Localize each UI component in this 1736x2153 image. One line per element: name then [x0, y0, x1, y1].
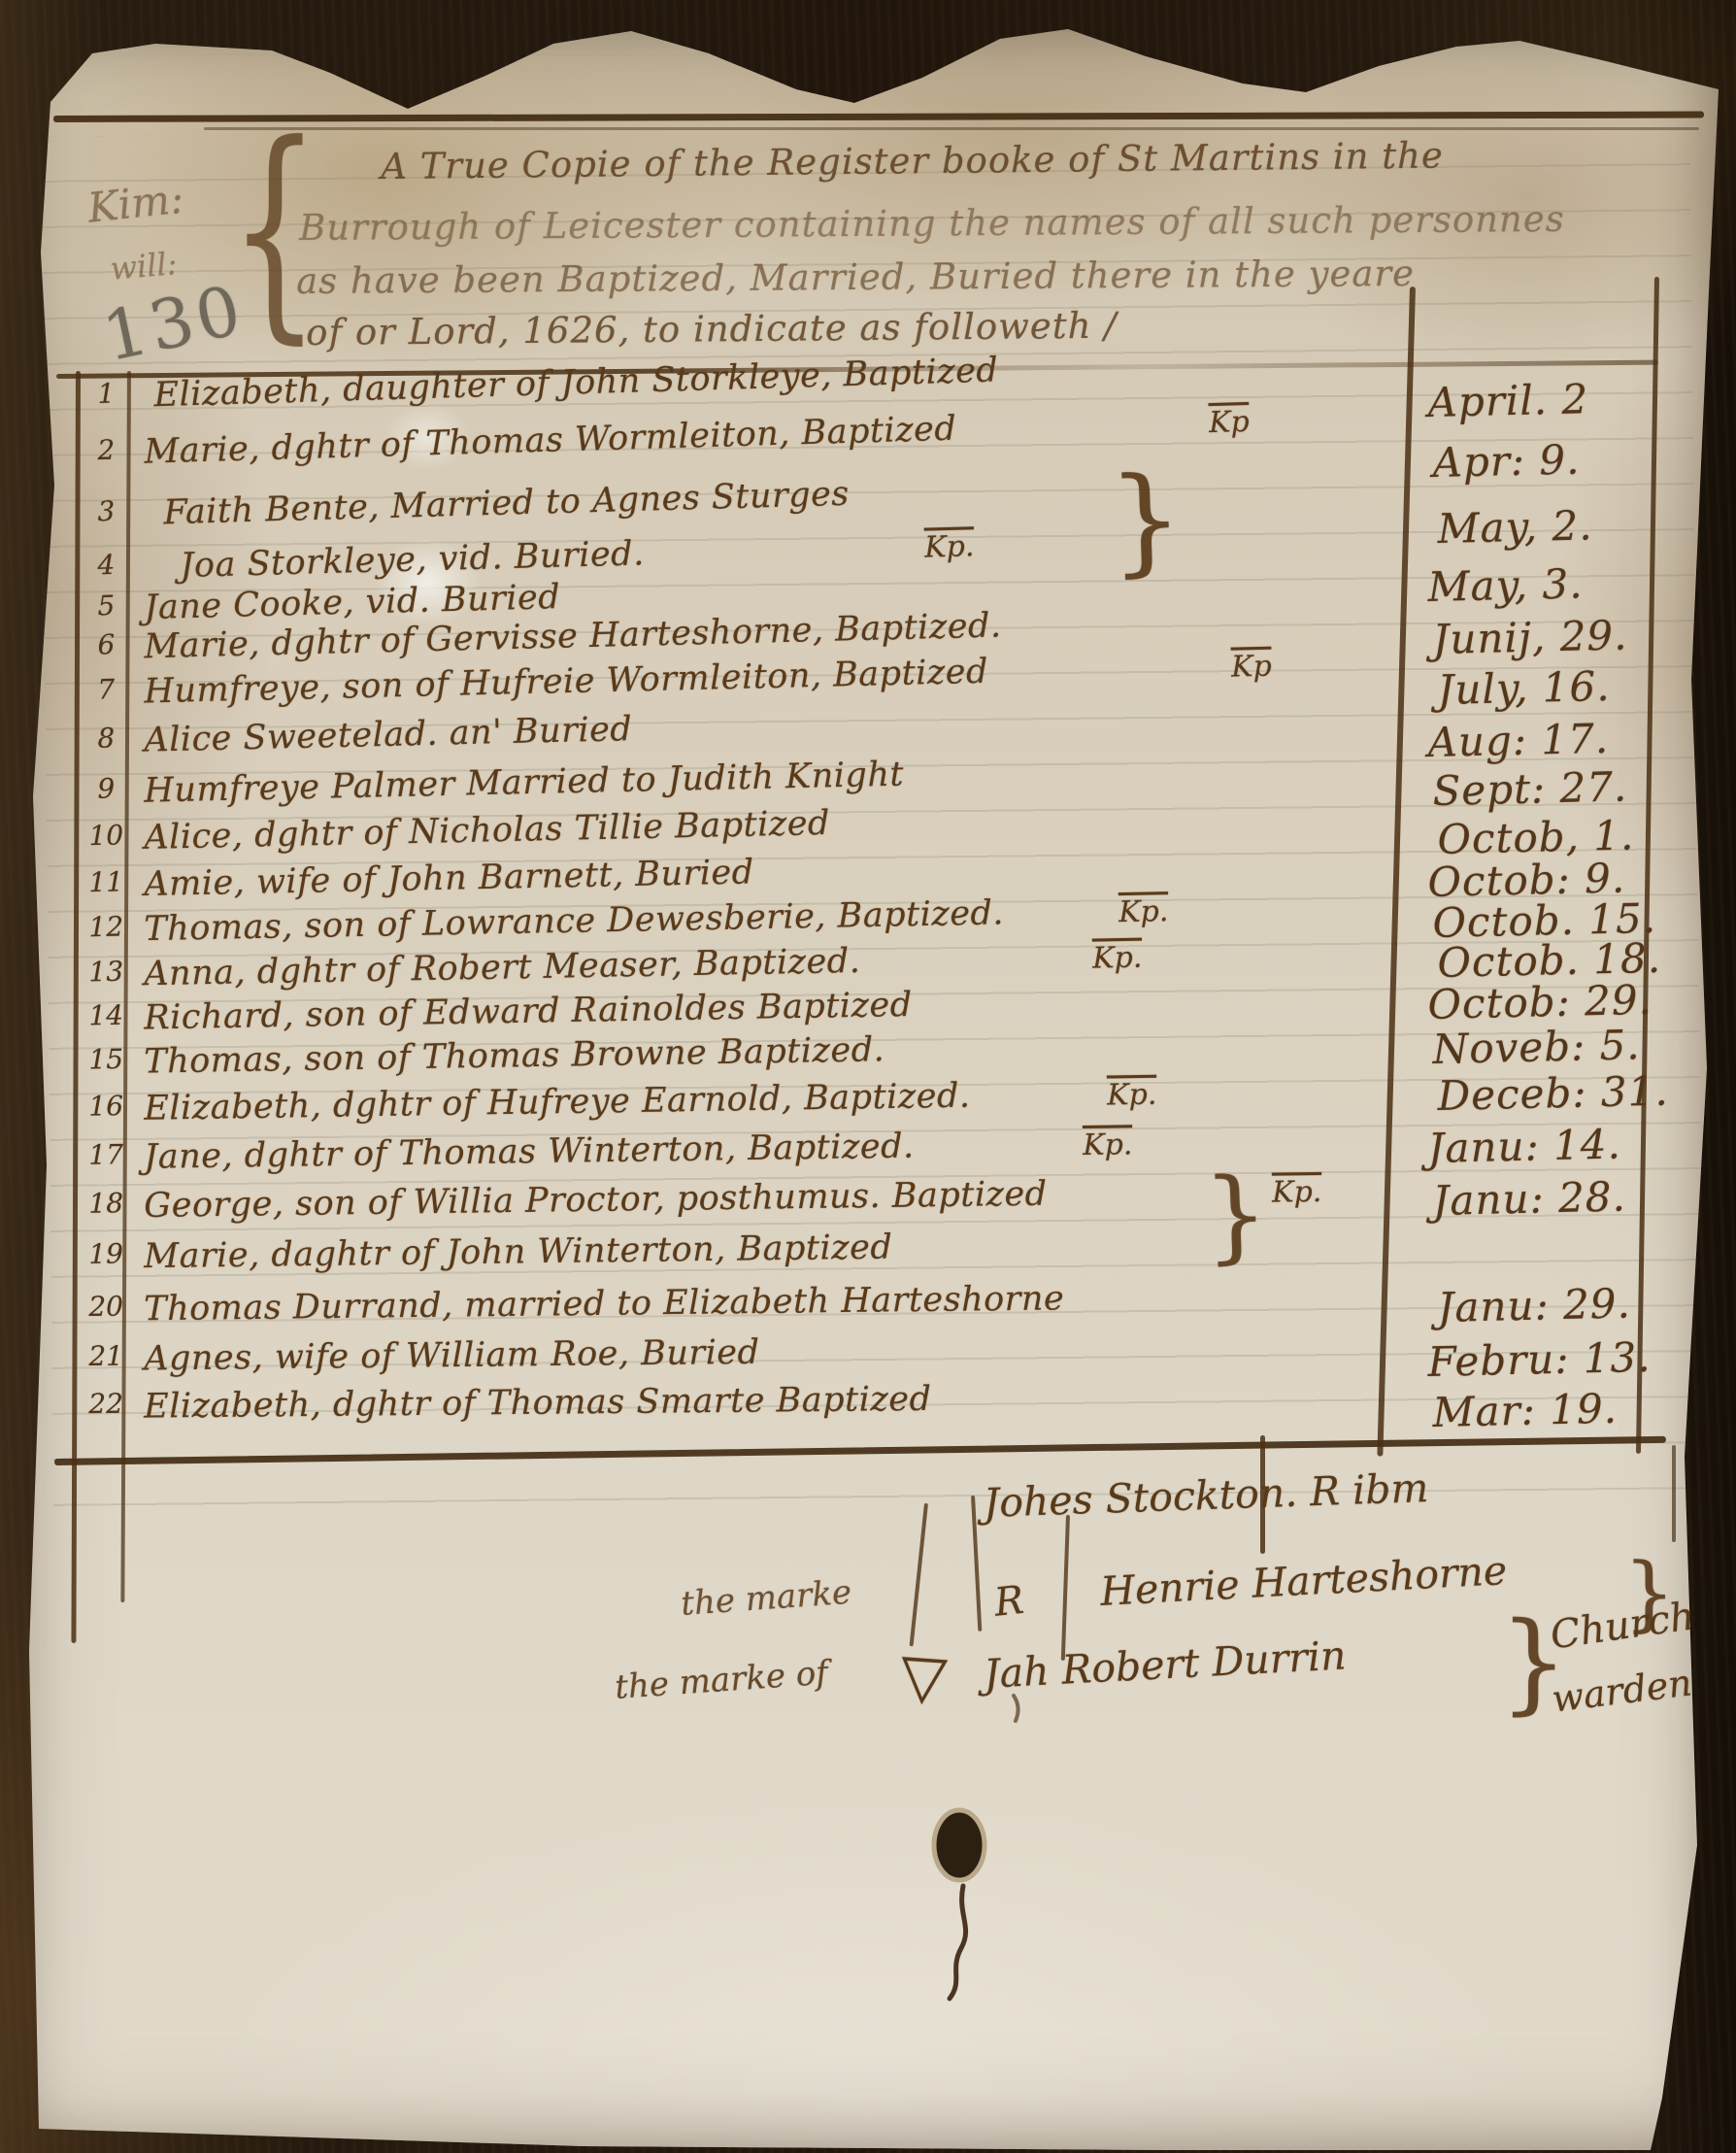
- parchment-sheet: { A True Copie of the Register booke of …: [0, 0, 1736, 2153]
- parchment-slit: [950, 1886, 966, 1999]
- worm-hole: [934, 1810, 985, 1880]
- parchment-hole-and-slit: [0, 0, 1736, 2153]
- manuscript-photo: { A True Copie of the Register booke of …: [0, 0, 1736, 2153]
- ink-flourish: [1014, 1696, 1018, 1721]
